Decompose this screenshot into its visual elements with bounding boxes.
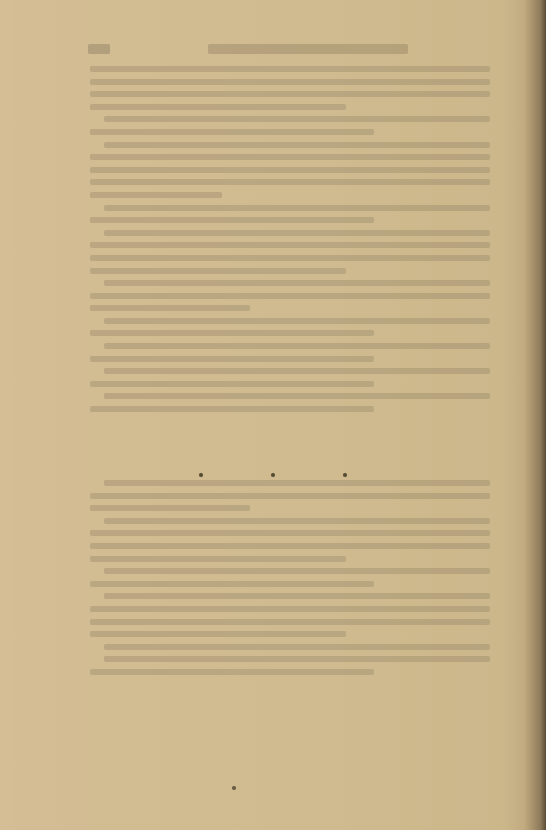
body-text-top (90, 66, 490, 419)
paragraph (90, 280, 490, 311)
text-line (90, 66, 490, 72)
text-line (90, 631, 346, 637)
paragraph (90, 644, 490, 650)
text-line (104, 116, 490, 122)
text-line (104, 393, 490, 399)
text-line (104, 280, 490, 286)
paragraph (90, 393, 490, 412)
paragraph (90, 518, 490, 562)
text-line (104, 230, 490, 236)
text-line (90, 619, 490, 625)
paragraph (90, 116, 490, 135)
page-number (88, 44, 110, 54)
text-line (90, 242, 490, 248)
text-line (104, 318, 490, 324)
text-line (104, 205, 490, 211)
text-line (104, 644, 490, 650)
text-line (104, 480, 490, 486)
page-header (88, 44, 488, 58)
text-line (104, 656, 490, 662)
paragraph (90, 142, 490, 198)
text-line (104, 568, 490, 574)
text-line (90, 129, 374, 135)
running-title (208, 44, 408, 54)
text-line (104, 368, 490, 374)
paragraph (90, 368, 490, 387)
text-line (90, 406, 374, 412)
footer-mark (232, 786, 236, 790)
paragraph (90, 205, 490, 224)
book-page (0, 0, 546, 830)
paragraph (90, 318, 490, 337)
paragraph (90, 480, 490, 511)
text-line (90, 305, 250, 311)
section-break (0, 462, 546, 472)
text-line (104, 593, 490, 599)
text-line (90, 606, 490, 612)
text-line (90, 293, 490, 299)
text-line (90, 543, 490, 549)
text-line (90, 268, 346, 274)
text-line (90, 217, 374, 223)
text-line (90, 530, 490, 536)
text-line (90, 381, 374, 387)
text-line (90, 91, 490, 97)
text-line (90, 330, 374, 336)
text-line (90, 356, 374, 362)
paragraph (90, 230, 490, 274)
text-line (104, 518, 490, 524)
text-line (90, 255, 490, 261)
paragraph (90, 568, 490, 587)
text-line (104, 142, 490, 148)
text-line (90, 167, 490, 173)
paragraph (90, 656, 490, 675)
text-line (90, 669, 374, 675)
text-line (90, 154, 490, 160)
text-line (90, 556, 346, 562)
text-line (90, 104, 346, 110)
paragraph (90, 593, 490, 637)
text-line (104, 343, 490, 349)
text-line (90, 179, 490, 185)
text-line (90, 192, 222, 198)
paragraph (90, 343, 490, 362)
text-line (90, 581, 374, 587)
text-line (90, 493, 490, 499)
body-text-bottom (90, 480, 490, 682)
text-line (90, 505, 250, 511)
text-line (90, 79, 490, 85)
paragraph (90, 66, 490, 110)
